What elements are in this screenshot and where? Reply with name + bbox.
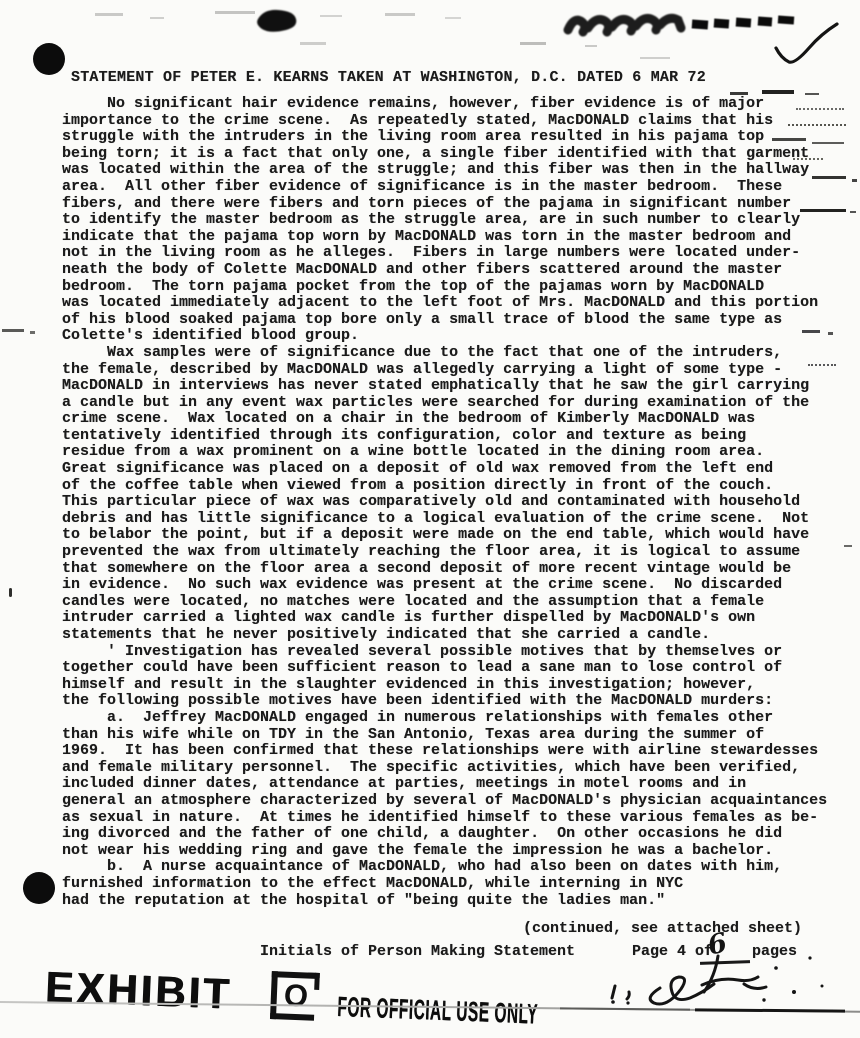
scan-artifact <box>215 11 255 14</box>
scan-artifact <box>828 332 833 335</box>
scan-artifact <box>2 329 24 332</box>
scan-artifact <box>805 93 819 95</box>
paragraph-fiber-evidence: No significant hair evidence remains, ho… <box>62 96 827 345</box>
scan-artifact <box>30 331 35 334</box>
scan-artifact <box>150 17 164 19</box>
paragraph-wax-evidence: Wax samples were of significance due to … <box>62 345 827 644</box>
exhibit-stamp-box: O <box>270 971 316 1021</box>
scanned-document-page: STATEMENT OF PETER E. KEARNS TAKEN AT WA… <box>0 0 860 1038</box>
hole-punch-mark-top <box>33 43 65 75</box>
scan-artifact <box>300 42 326 45</box>
document-body: No significant hair evidence remains, ho… <box>62 96 827 909</box>
scan-artifact <box>520 42 546 45</box>
scan-artifact <box>852 179 857 182</box>
hole-punch-mark-bottom <box>23 872 55 904</box>
initials-label: Initials of Person Making Statement <box>260 944 575 961</box>
scan-artifact <box>445 17 461 19</box>
scan-artifact <box>850 211 856 213</box>
signature-scribble <box>598 946 828 1016</box>
paragraph-motive-b: b. A nurse acquaintance of MacDONALD, wh… <box>62 859 827 909</box>
official-use-stamp: FOR OFFICIAL USE ONLY <box>337 993 539 1029</box>
scan-artifact <box>844 545 852 547</box>
exhibit-stamp-word: EXHIBIT <box>44 966 232 1016</box>
exhibit-stamp-label: O <box>282 977 310 1015</box>
continued-note: (continued, see attached sheet) <box>523 921 802 938</box>
paragraph-motive-a: a. Jeffrey MacDONALD engaged in numerous… <box>62 710 827 859</box>
scan-artifact <box>640 57 670 59</box>
paragraph-motives-intro: ' Investigation has revealed several pos… <box>62 644 827 710</box>
scan-artifact <box>9 588 12 597</box>
scan-artifact <box>95 13 123 16</box>
scan-artifact <box>762 90 794 94</box>
exhibit-stamp: EXHIBIT O <box>44 964 366 1033</box>
scan-artifact <box>385 13 415 16</box>
document-title: STATEMENT OF PETER E. KEARNS TAKEN AT WA… <box>71 70 706 87</box>
checkmark-mark <box>768 18 848 70</box>
scan-artifact <box>585 45 597 47</box>
scan-artifact <box>320 15 342 17</box>
ink-blob-mark <box>250 5 304 37</box>
